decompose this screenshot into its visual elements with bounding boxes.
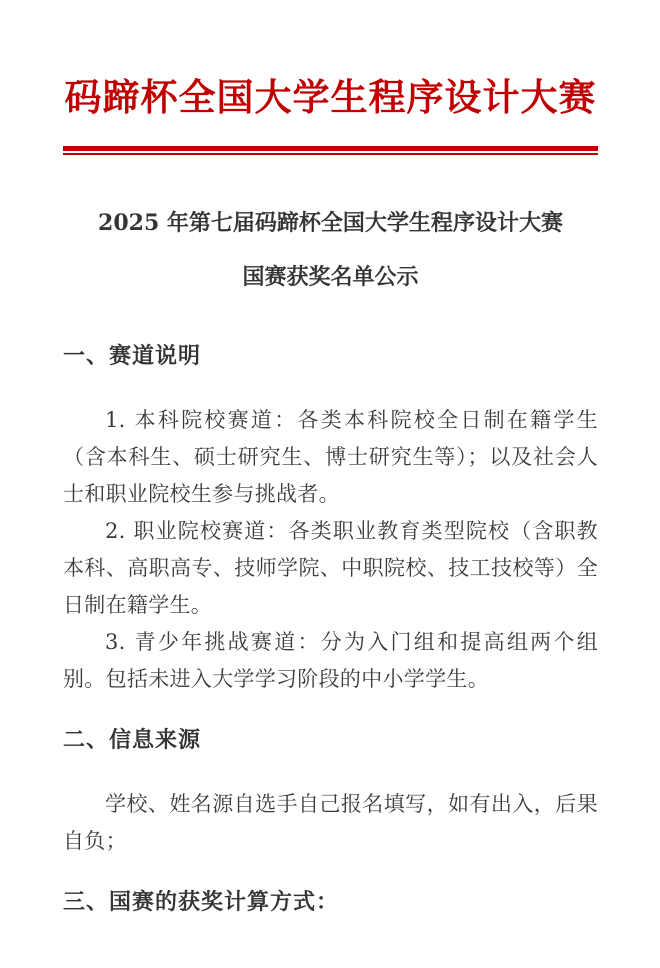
banner-title: 码蹄杯全国大学生程序设计大赛 bbox=[63, 75, 598, 119]
section-track-description: 一、赛道说明 1. 本科院校赛道：各类本科院校全日制在籍学生（含本科生、硕士研究… bbox=[63, 340, 598, 698]
document-title-line1: 2025 年第七届码蹄杯全国大学生程序设计大赛 bbox=[63, 207, 598, 239]
document-header: 码蹄杯全国大学生程序设计大赛 bbox=[63, 75, 598, 155]
section-heading-3: 三、国赛的获奖计算方式： bbox=[63, 886, 598, 918]
paragraph-undergraduate-track: 1. 本科院校赛道：各类本科院校全日制在籍学生（含本科生、硕士研究生、博士研究生… bbox=[63, 402, 598, 513]
paragraph-info-source: 学校、姓名源自选手自己报名填写，如有出入，后果自负； bbox=[63, 786, 598, 860]
section-heading-2: 二、信息来源 bbox=[63, 724, 598, 756]
section-heading-1: 一、赛道说明 bbox=[63, 340, 598, 372]
section-info-source: 二、信息来源 学校、姓名源自选手自己报名填写，如有出入，后果自负； bbox=[63, 724, 598, 860]
paragraph-vocational-track: 2. 职业院校赛道：各类职业教育类型院校（含职教本科、高职高专、技师学院、中职院… bbox=[63, 513, 598, 624]
header-divider bbox=[63, 146, 598, 155]
document-body: 2025 年第七届码蹄杯全国大学生程序设计大赛 国赛获奖名单公示 一、赛道说明 … bbox=[63, 207, 598, 918]
document-title-line2: 国赛获奖名单公示 bbox=[63, 261, 598, 293]
paragraph-youth-track: 3. 青少年挑战赛道：分为入门组和提高组两个组别。包括未进入大学学习阶段的中小学… bbox=[63, 624, 598, 698]
section-award-calculation: 三、国赛的获奖计算方式： bbox=[63, 886, 598, 918]
divider-thin-line bbox=[63, 153, 598, 155]
document-page: 码蹄杯全国大学生程序设计大赛 2025 年第七届码蹄杯全国大学生程序设计大赛 国… bbox=[0, 0, 660, 968]
divider-thick-line bbox=[63, 146, 598, 151]
